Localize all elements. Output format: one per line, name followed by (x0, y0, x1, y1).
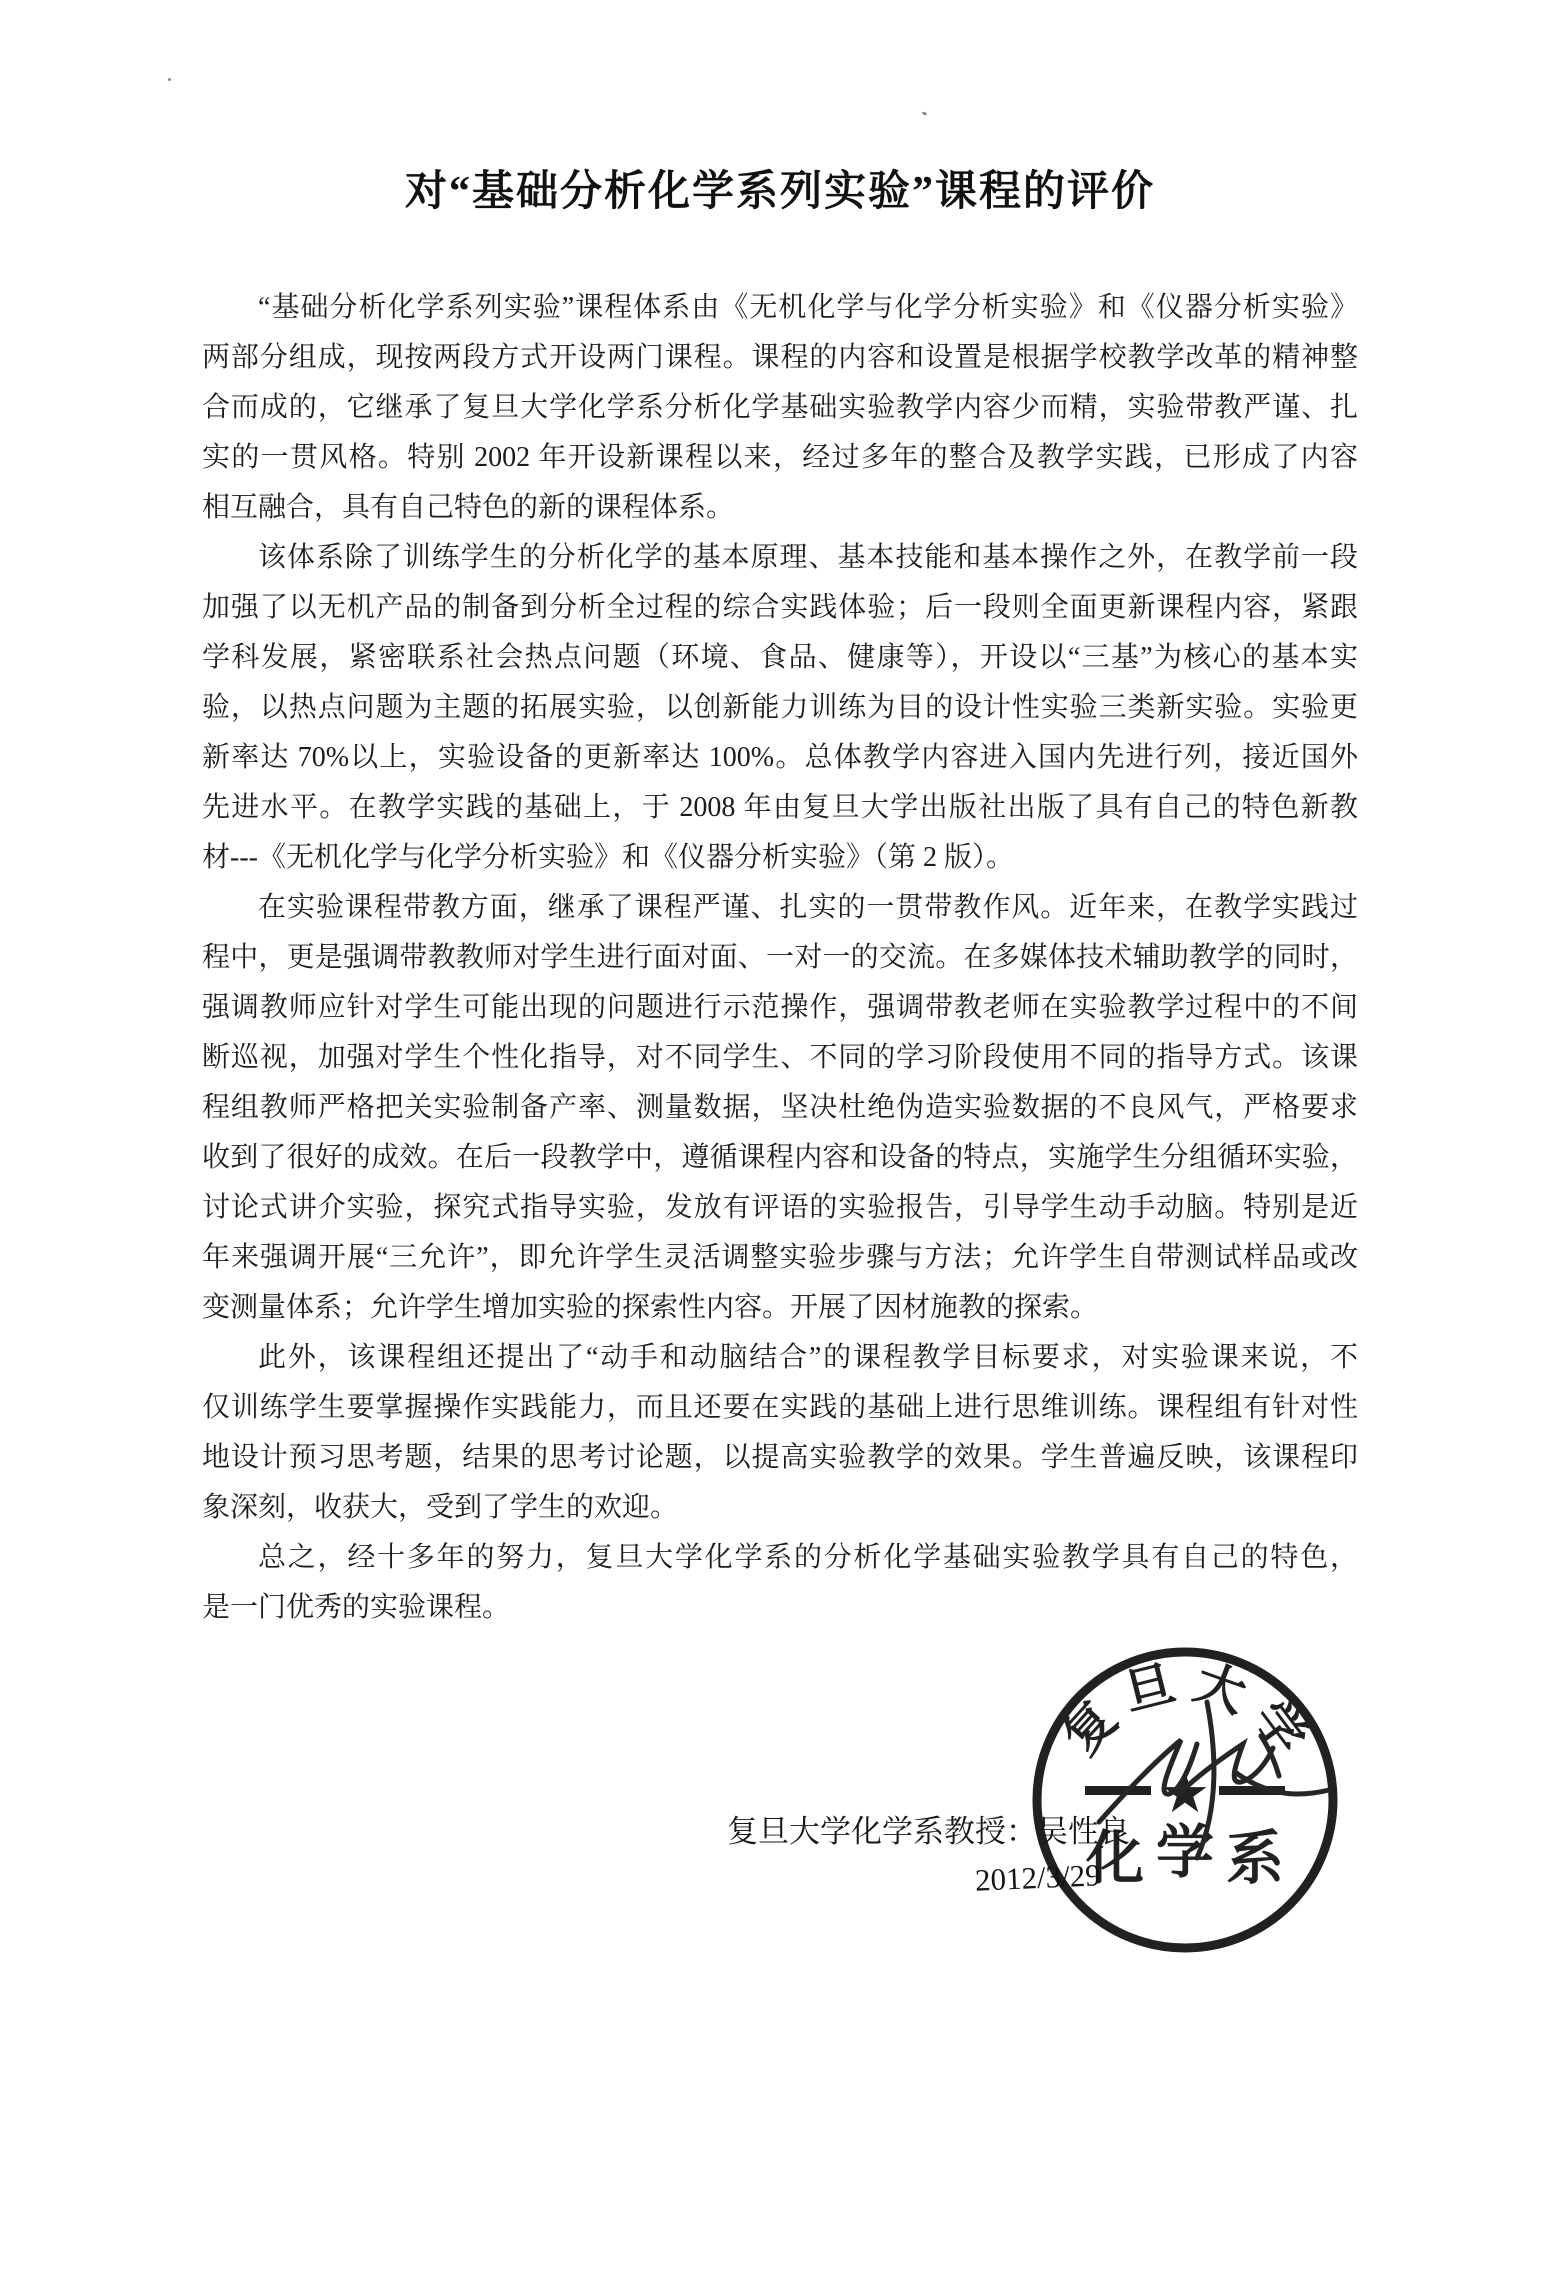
text-line: 两部分组成，现按两段方式开设两门课程。课程的内容和设置是根据学校教学改革的精神整 (202, 333, 1358, 383)
stamp-bottom-char: 系 (1226, 1826, 1284, 1891)
page-title: 对“基础分析化学系列实验”课程的评价 (0, 158, 1560, 218)
text-line: “基础分析化学系列实验”课程体系由《无机化学与化学分析实验》和《仪器分析实验》 (202, 283, 1358, 333)
text-line: 是一门优秀的实验课程。 (202, 1583, 1358, 1633)
scan-speck (922, 111, 928, 116)
stamp-left-bar (1085, 1786, 1151, 1795)
text-line: 相互融合，具有自己特色的新的课程体系。 (202, 483, 1358, 533)
text-line: 象深刻，收获大，受到了学生的欢迎。 (202, 1483, 1358, 1533)
text-line: 收到了很好的成效。在后一段教学中，遵循课程内容和设备的特点，实施学生分组循环实验… (202, 1133, 1358, 1183)
text-line: 程中，更是强调带教教师对学生进行面对面、一对一的交流。在多媒体技术辅助教学的同时… (202, 933, 1358, 983)
text-line: 加强了以无机产品的制备到分析全过程的综合实践体验；后一段则全面更新课程内容，紧跟 (202, 583, 1358, 633)
signature-label: 复旦大学化学系教授： (727, 1814, 1037, 1849)
text-line: 总之，经十多年的努力，复旦大学化学系的分析化学基础实验教学具有自己的特色， (202, 1533, 1358, 1583)
department-seal-stamp: 复旦大学 ★ 化 学 系 (1029, 1644, 1341, 1956)
text-line: 该体系除了训练学生的分析化学的基本原理、基本技能和基本操作之外，在教学前一段 (202, 533, 1358, 583)
scan-speck (168, 78, 171, 81)
text-line: 先进水平。在教学实践的基础上，于 2008 年由复旦大学出版社出版了具有自己的特… (202, 783, 1358, 833)
text-line: 合而成的，它继承了复旦大学化学系分析化学基础实验教学内容少而精，实验带教严谨、扎 (202, 383, 1358, 433)
text-line: 验，以热点问题为主题的拓展实验，以创新能力训练为目的设计性实验三类新实验。实验更 (202, 683, 1358, 733)
text-line: 新率达 70%以上，实验设备的更新率达 100%。总体教学内容进入国内先进行列，… (202, 733, 1358, 783)
text-line: 强调教师应针对学生可能出现的问题进行示范操作，强调带教老师在实验教学过程中的不间 (202, 983, 1358, 1033)
text-line: 地设计预习思考题，结果的思考讨论题，以提高实验教学的效果。学生普遍反映，该课程印 (202, 1433, 1358, 1483)
text-line: 此外，该课程组还提出了“动手和动脑结合”的课程教学目标要求，对实验课来说，不 (202, 1333, 1358, 1383)
stamp-bottom-char: 化 (1085, 1826, 1144, 1891)
scanned-document-page: 对“基础分析化学系列实验”课程的评价 “基础分析化学系列实验”课程体系由《无机化… (0, 0, 1560, 2274)
text-line: 材---《无机化学与化学分析实验》和《仪器分析实验》（第 2 版）。 (202, 833, 1358, 883)
stamp-arc-text: 复旦大学 (1053, 1652, 1325, 1774)
text-line: 年来强调开展“三允许”，即允许学生灵活调整实验步骤与方法；允许学生自带测试样品或… (202, 1233, 1358, 1283)
text-line: 学科发展，紧密联系社会热点问题（环境、食品、健康等），开设以“三基”为核心的基本… (202, 633, 1358, 683)
text-line: 在实验课程带教方面，继承了课程严谨、扎实的一贯带教作风。近年来，在教学实践过 (202, 883, 1358, 933)
document-body: “基础分析化学系列实验”课程体系由《无机化学与化学分析实验》和《仪器分析实验》两… (202, 283, 1358, 1633)
text-line: 仅训练学生要掌握操作实践能力，而且还要在实践的基础上进行思维训练。课程组有针对性 (202, 1383, 1358, 1433)
text-line: 变测量体系；允许学生增加实验的探索性内容。开展了因材施教的探索。 (202, 1283, 1358, 1333)
text-line: 实的一贯风格。特别 2002 年开设新课程以来，经过多年的整合及教学实践，已形成… (202, 433, 1358, 483)
text-line: 程组教师严格把关实验制备产率、测量数据，坚决杜绝伪造实验数据的不良风气，严格要求 (202, 1083, 1358, 1133)
text-line: 讨论式讲介实验，探究式指导实验，发放有评语的实验报告，引导学生动手动脑。特别是近 (202, 1183, 1358, 1233)
text-line: 断巡视，加强对学生个性化指导，对不同学生、不同的学习阶段使用不同的指导方式。该课 (202, 1033, 1358, 1083)
